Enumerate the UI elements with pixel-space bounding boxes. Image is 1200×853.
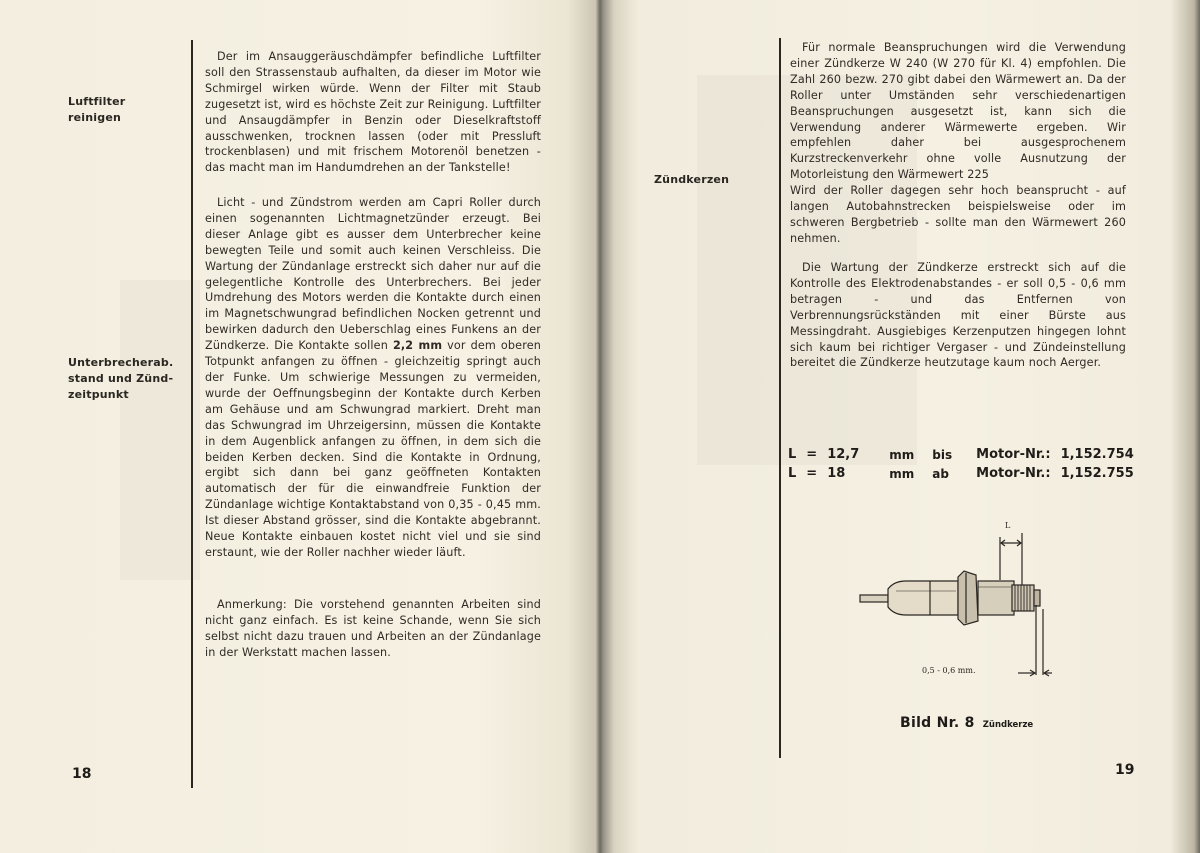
dimension-label-gap: 0,5 - 0,6 mm. bbox=[922, 666, 976, 675]
spark-plug-spec-table: L = 12,7 mm bis Motor-Nr.: 1,152.754 L =… bbox=[788, 446, 1144, 484]
margin-heading-unterbrecher: Unterbrecherab. stand und Zünd- zeitpunk… bbox=[68, 355, 178, 403]
spec-row: L = 12,7 mm bis Motor-Nr.: 1,152.754 bbox=[788, 446, 1144, 465]
spec-row: L = 18 mm ab Motor-Nr.: 1,152.755 bbox=[788, 465, 1144, 484]
show-through-shadow bbox=[120, 280, 200, 580]
emphasis-value: 2,2 mm bbox=[393, 339, 442, 352]
spark-plug-figure: L 0,5 - 0,6 mm. bbox=[852, 525, 1052, 690]
paragraph-zuendstrom: Licht - und Zündstrom werden am Capri Ro… bbox=[205, 195, 541, 561]
page-number-right: 19 bbox=[1115, 762, 1134, 778]
paragraph-anmerkung: Anmerkung: Die vorstehend genannten Arbe… bbox=[205, 597, 541, 661]
page-number-left: 18 bbox=[72, 766, 91, 782]
booklet-spread: Luftfilter reinigen Unterbrecherab. stan… bbox=[0, 0, 1200, 853]
figure-caption: Bild Nr. 8Zündkerze bbox=[900, 712, 1033, 731]
dimension-label-length: L bbox=[1005, 521, 1010, 530]
paragraph-wartung-zuendkerze: Die Wartung der Zündkerze erstreckt sich… bbox=[790, 260, 1126, 371]
column-rule-right bbox=[779, 38, 781, 758]
column-rule-left bbox=[191, 40, 193, 788]
margin-heading-zuendkerzen: Zündkerzen bbox=[654, 172, 764, 188]
margin-heading-luftfilter: Luftfilter reinigen bbox=[68, 94, 178, 126]
paragraph-waermewert: Für normale Beanspruchungen wird die Ver… bbox=[790, 40, 1126, 247]
paragraph-luftfilter: Der im Ansauggeräuschdämpfer befindliche… bbox=[205, 49, 541, 176]
book-gutter bbox=[596, 0, 604, 853]
